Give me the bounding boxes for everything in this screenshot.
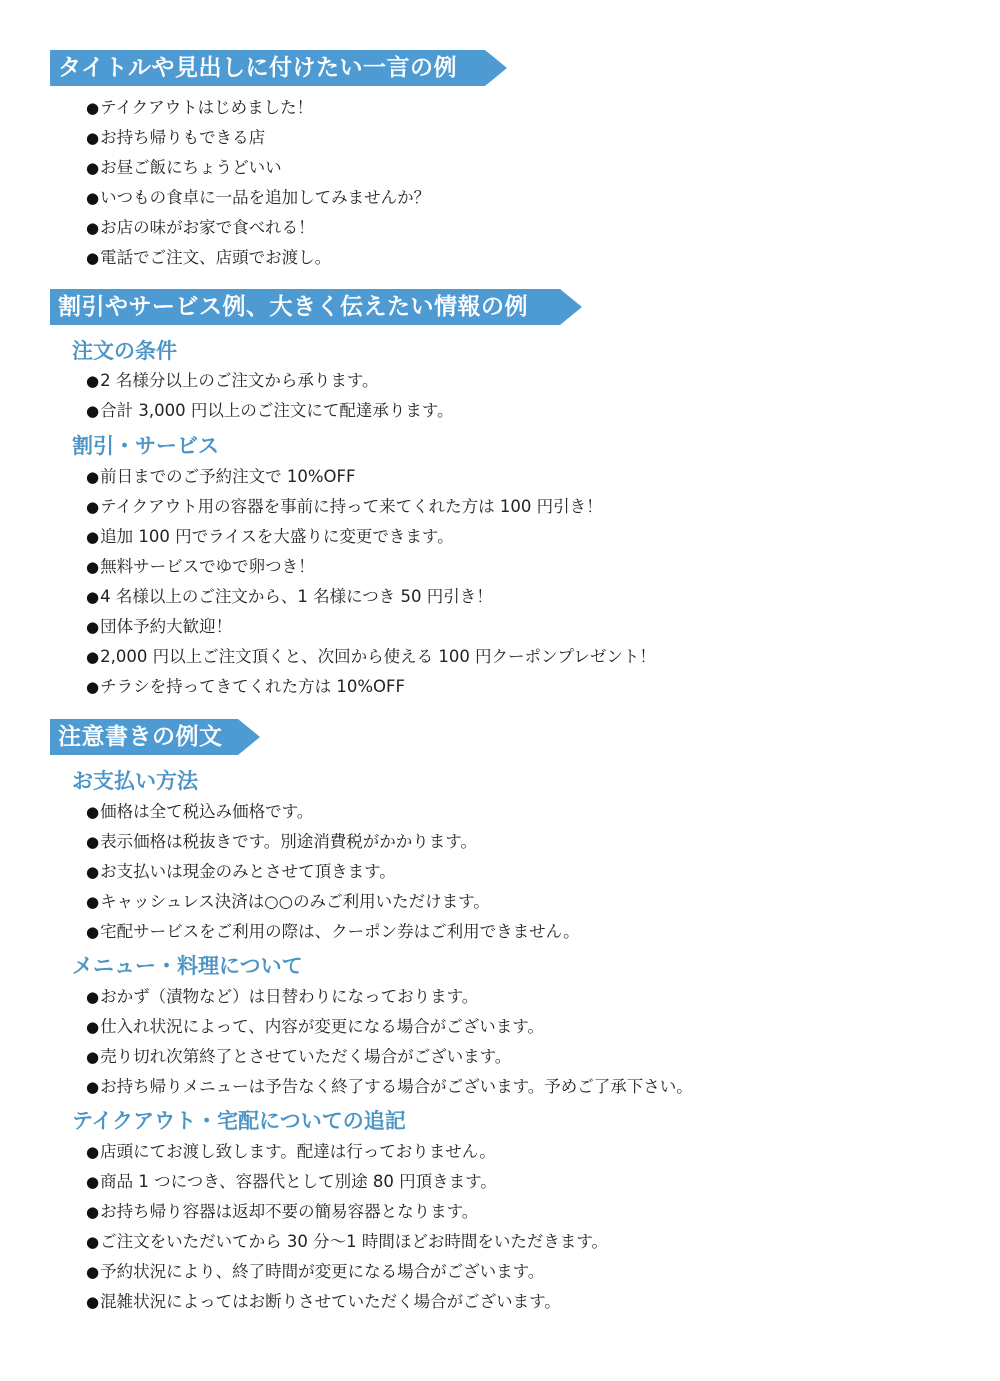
- list-item: ●ご注文をいただいてから 30 分～1 時間ほどお時間をいただきます。: [86, 1231, 608, 1253]
- list-item: ●お持ち帰り容器は返却不要の簡易容器となります。: [86, 1201, 478, 1223]
- subheading-payment-method: お支払い方法: [72, 767, 198, 795]
- bullet-icon: ●: [86, 1018, 99, 1036]
- list-item: ●団体予約大歓迎！: [86, 616, 232, 638]
- subheading-order-conditions: 注文の条件: [72, 337, 177, 365]
- bullet-icon: ●: [86, 923, 99, 941]
- bullet-icon: ●: [86, 528, 99, 546]
- bullet-icon: ●: [86, 372, 99, 390]
- list-item: ●商品 1 つにつき、容器代として別途 80 円頂きます。: [86, 1171, 497, 1193]
- bullet-icon: ●: [86, 1263, 99, 1281]
- list-item: ●混雑状況によってはお断りさせていただく場合がございます。: [86, 1291, 561, 1313]
- list-item: ●4 名様以上のご注文から、1 名様につき 50 円引き！: [86, 586, 493, 608]
- bullet-icon: ●: [86, 588, 99, 606]
- list-item: ●前日までのご予約注文で 10%OFF: [86, 466, 355, 488]
- list-item: ●お昼ご飯にちょうどいい: [86, 157, 282, 179]
- bullet-icon: ●: [86, 803, 99, 821]
- section-banner-notices: 注意書きの例文: [50, 719, 260, 755]
- list-item: ●宅配サービスをご利用の際は、クーポン券はご利用できません。: [86, 921, 580, 943]
- section-banner-discounts: 割引やサービス例、大きく伝えたい情報の例: [50, 289, 582, 325]
- bullet-icon: ●: [86, 1078, 99, 1096]
- list-item: ●テイクアウト用の容器を事前に持って来てくれた方は 100 円引き！: [86, 496, 603, 518]
- list-item: ●売り切れ次第終了とさせていただく場合がございます。: [86, 1046, 511, 1068]
- bullet-icon: ●: [86, 648, 99, 666]
- bullet-icon: ●: [86, 988, 99, 1006]
- bullet-icon: ●: [86, 189, 99, 207]
- bullet-icon: ●: [86, 558, 99, 576]
- bullet-icon: ●: [86, 1203, 99, 1221]
- list-item: ●無料サービスでゆで卵つき！: [86, 556, 315, 578]
- list-item: ●合計 3,000 円以上のご注文にて配達承ります。: [86, 400, 454, 422]
- list-item: ●仕入れ状況によって、内容が変更になる場合がございます。: [86, 1016, 544, 1038]
- list-item: ●店頭にてお渡し致します。配達は行っておりません。: [86, 1141, 496, 1163]
- bullet-icon: ●: [86, 219, 99, 237]
- list-item: ●電話でご注文、店頭でお渡し。: [86, 247, 331, 269]
- bullet-icon: ●: [86, 678, 99, 696]
- bullet-icon: ●: [86, 1143, 99, 1161]
- bullet-icon: ●: [86, 402, 99, 420]
- section-banner-title-phrases: タイトルや見出しに付けたい一言の例: [50, 50, 507, 86]
- list-item: ●2,000 円以上ご注文頂くと、次回から使える 100 円クーポンプレゼント！: [86, 646, 656, 668]
- bullet-icon: ●: [86, 468, 99, 486]
- list-item: ●お持ち帰りもできる店: [86, 127, 265, 149]
- list-item: ●2 名様分以上のご注文から承ります。: [86, 370, 379, 392]
- bullet-icon: ●: [86, 99, 99, 117]
- bullet-icon: ●: [86, 1048, 99, 1066]
- bullet-icon: ●: [86, 1293, 99, 1311]
- bullet-icon: ●: [86, 1173, 99, 1191]
- list-item: ●表示価格は税抜きです。別途消費税がかかります。: [86, 831, 477, 853]
- list-item: ●チラシを持ってきてくれた方は 10%OFF: [86, 676, 405, 698]
- list-item: ●価格は全て税込み価格です。: [86, 801, 313, 823]
- list-item: ●キャッシュレス決済は○○のみご利用いただけます。: [86, 891, 490, 913]
- bullet-icon: ●: [86, 833, 99, 851]
- bullet-icon: ●: [86, 893, 99, 911]
- subheading-menu-dishes: メニュー・料理について: [72, 952, 303, 980]
- list-item: ●お持ち帰りメニューは予告なく終了する場合がございます。予めご了承下さい。: [86, 1076, 693, 1098]
- list-item: ●いつもの食卓に一品を追加してみませんか？: [86, 187, 430, 209]
- bullet-icon: ●: [86, 1233, 99, 1251]
- subheading-discount-service: 割引・サービス: [72, 432, 219, 460]
- bullet-icon: ●: [86, 129, 99, 147]
- list-item: ●予約状況により、終了時間が変更になる場合がございます。: [86, 1261, 544, 1283]
- bullet-icon: ●: [86, 863, 99, 881]
- list-item: ●お支払いは現金のみとさせて頂きます。: [86, 861, 396, 883]
- list-item: ●おかず（漬物など）は日替わりになっております。: [86, 986, 478, 1008]
- list-item: ●テイクアウトはじめました！: [86, 97, 313, 119]
- bullet-icon: ●: [86, 159, 99, 177]
- subheading-takeout-delivery: テイクアウト・宅配についての追記: [72, 1107, 406, 1135]
- bullet-icon: ●: [86, 498, 99, 516]
- bullet-icon: ●: [86, 618, 99, 636]
- list-item: ●お店の味がお家で食べれる！: [86, 217, 315, 239]
- list-item: ●追加 100 円でライスを大盛りに変更できます。: [86, 526, 454, 548]
- bullet-icon: ●: [86, 249, 99, 267]
